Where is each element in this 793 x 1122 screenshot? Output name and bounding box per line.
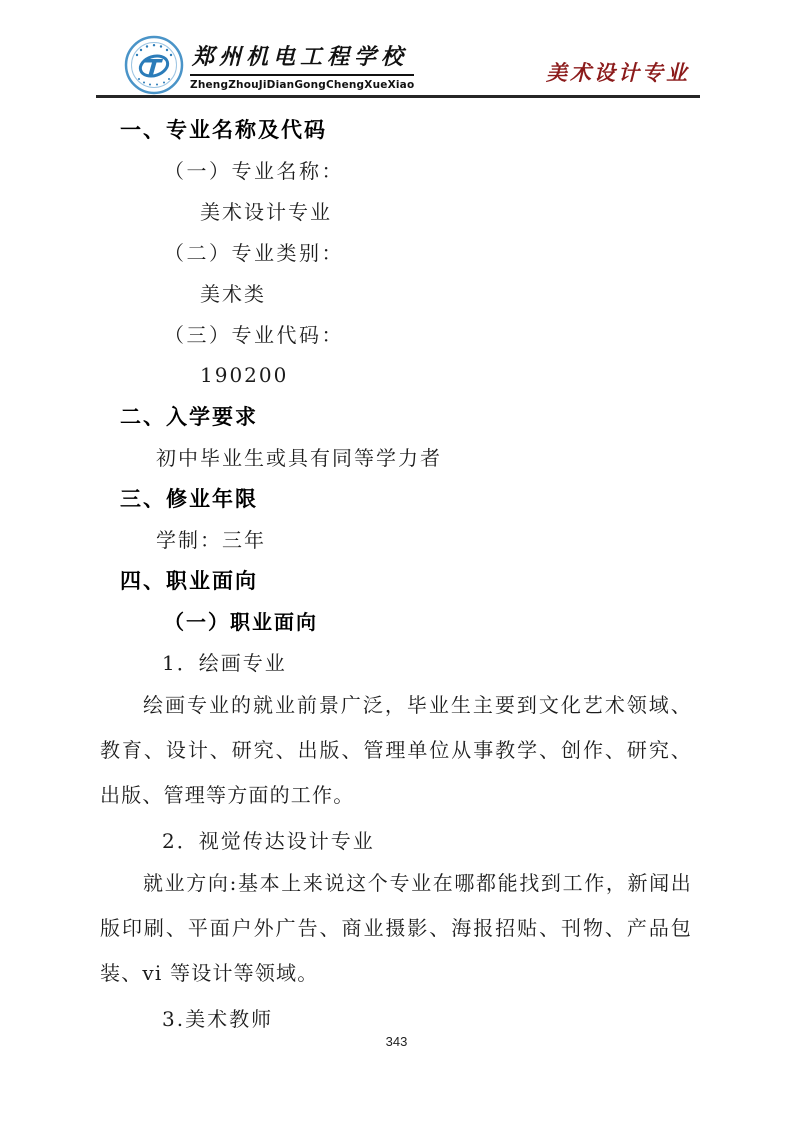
page-number: 343 (0, 1034, 793, 1049)
value-major-name: 美术设计专业 (100, 190, 692, 231)
header-divider (96, 95, 700, 98)
subheading-career: （一）职业面向 (100, 600, 692, 641)
value-major-code: 190200 (100, 354, 692, 395)
list-item-visual-design: 2．视觉传达设计专业 (100, 819, 692, 860)
school-pinyin: ZhengZhouJiDianGongChengXueXiao (190, 79, 414, 91)
paragraph-painting-careers: 绘画专业的就业前景广泛，毕业生主要到文化艺术领域、教育、设计、研究、出版、管理单… (100, 682, 692, 819)
heading-admission: 二、入学要求 (100, 395, 692, 436)
text-duration: 学制：三年 (100, 518, 692, 559)
list-item-painting: 1．绘画专业 (100, 641, 692, 682)
heading-career: 四、职业面向 (100, 559, 692, 600)
document-page: 郑州机电工程学校 ZhengZhouJiDianGongChengXueXiao… (0, 0, 793, 1122)
heading-duration: 三、修业年限 (100, 477, 692, 518)
page-header: 郑州机电工程学校 ZhengZhouJiDianGongChengXueXiao… (96, 33, 700, 95)
list-item-art-teacher: 3.美术教师 (100, 997, 692, 1038)
subheading-major-code: （三）专业代码： (100, 313, 692, 354)
document-body: 一、专业名称及代码 （一）专业名称： 美术设计专业 （二）专业类别： 美术类 （… (100, 108, 692, 1038)
subheading-major-name: （一）专业名称： (100, 149, 692, 190)
school-emblem-icon (124, 35, 184, 95)
subheading-major-category: （二）专业类别： (100, 231, 692, 272)
heading-major-name-code: 一、专业名称及代码 (100, 108, 692, 149)
paragraph-visual-design-careers: 就业方向:基本上来说这个专业在哪都能找到工作，新闻出版印刷、平面户外广告、商业摄… (100, 860, 692, 997)
school-identity: 郑州机电工程学校 ZhengZhouJiDianGongChengXueXiao (124, 35, 414, 95)
school-name: 郑州机电工程学校 (190, 40, 414, 76)
text-admission: 初中毕业生或具有同等学力者 (100, 436, 692, 477)
value-major-category: 美术类 (100, 272, 692, 313)
document-title: 美术设计专业 (546, 57, 690, 87)
school-name-block: 郑州机电工程学校 ZhengZhouJiDianGongChengXueXiao (190, 40, 414, 91)
